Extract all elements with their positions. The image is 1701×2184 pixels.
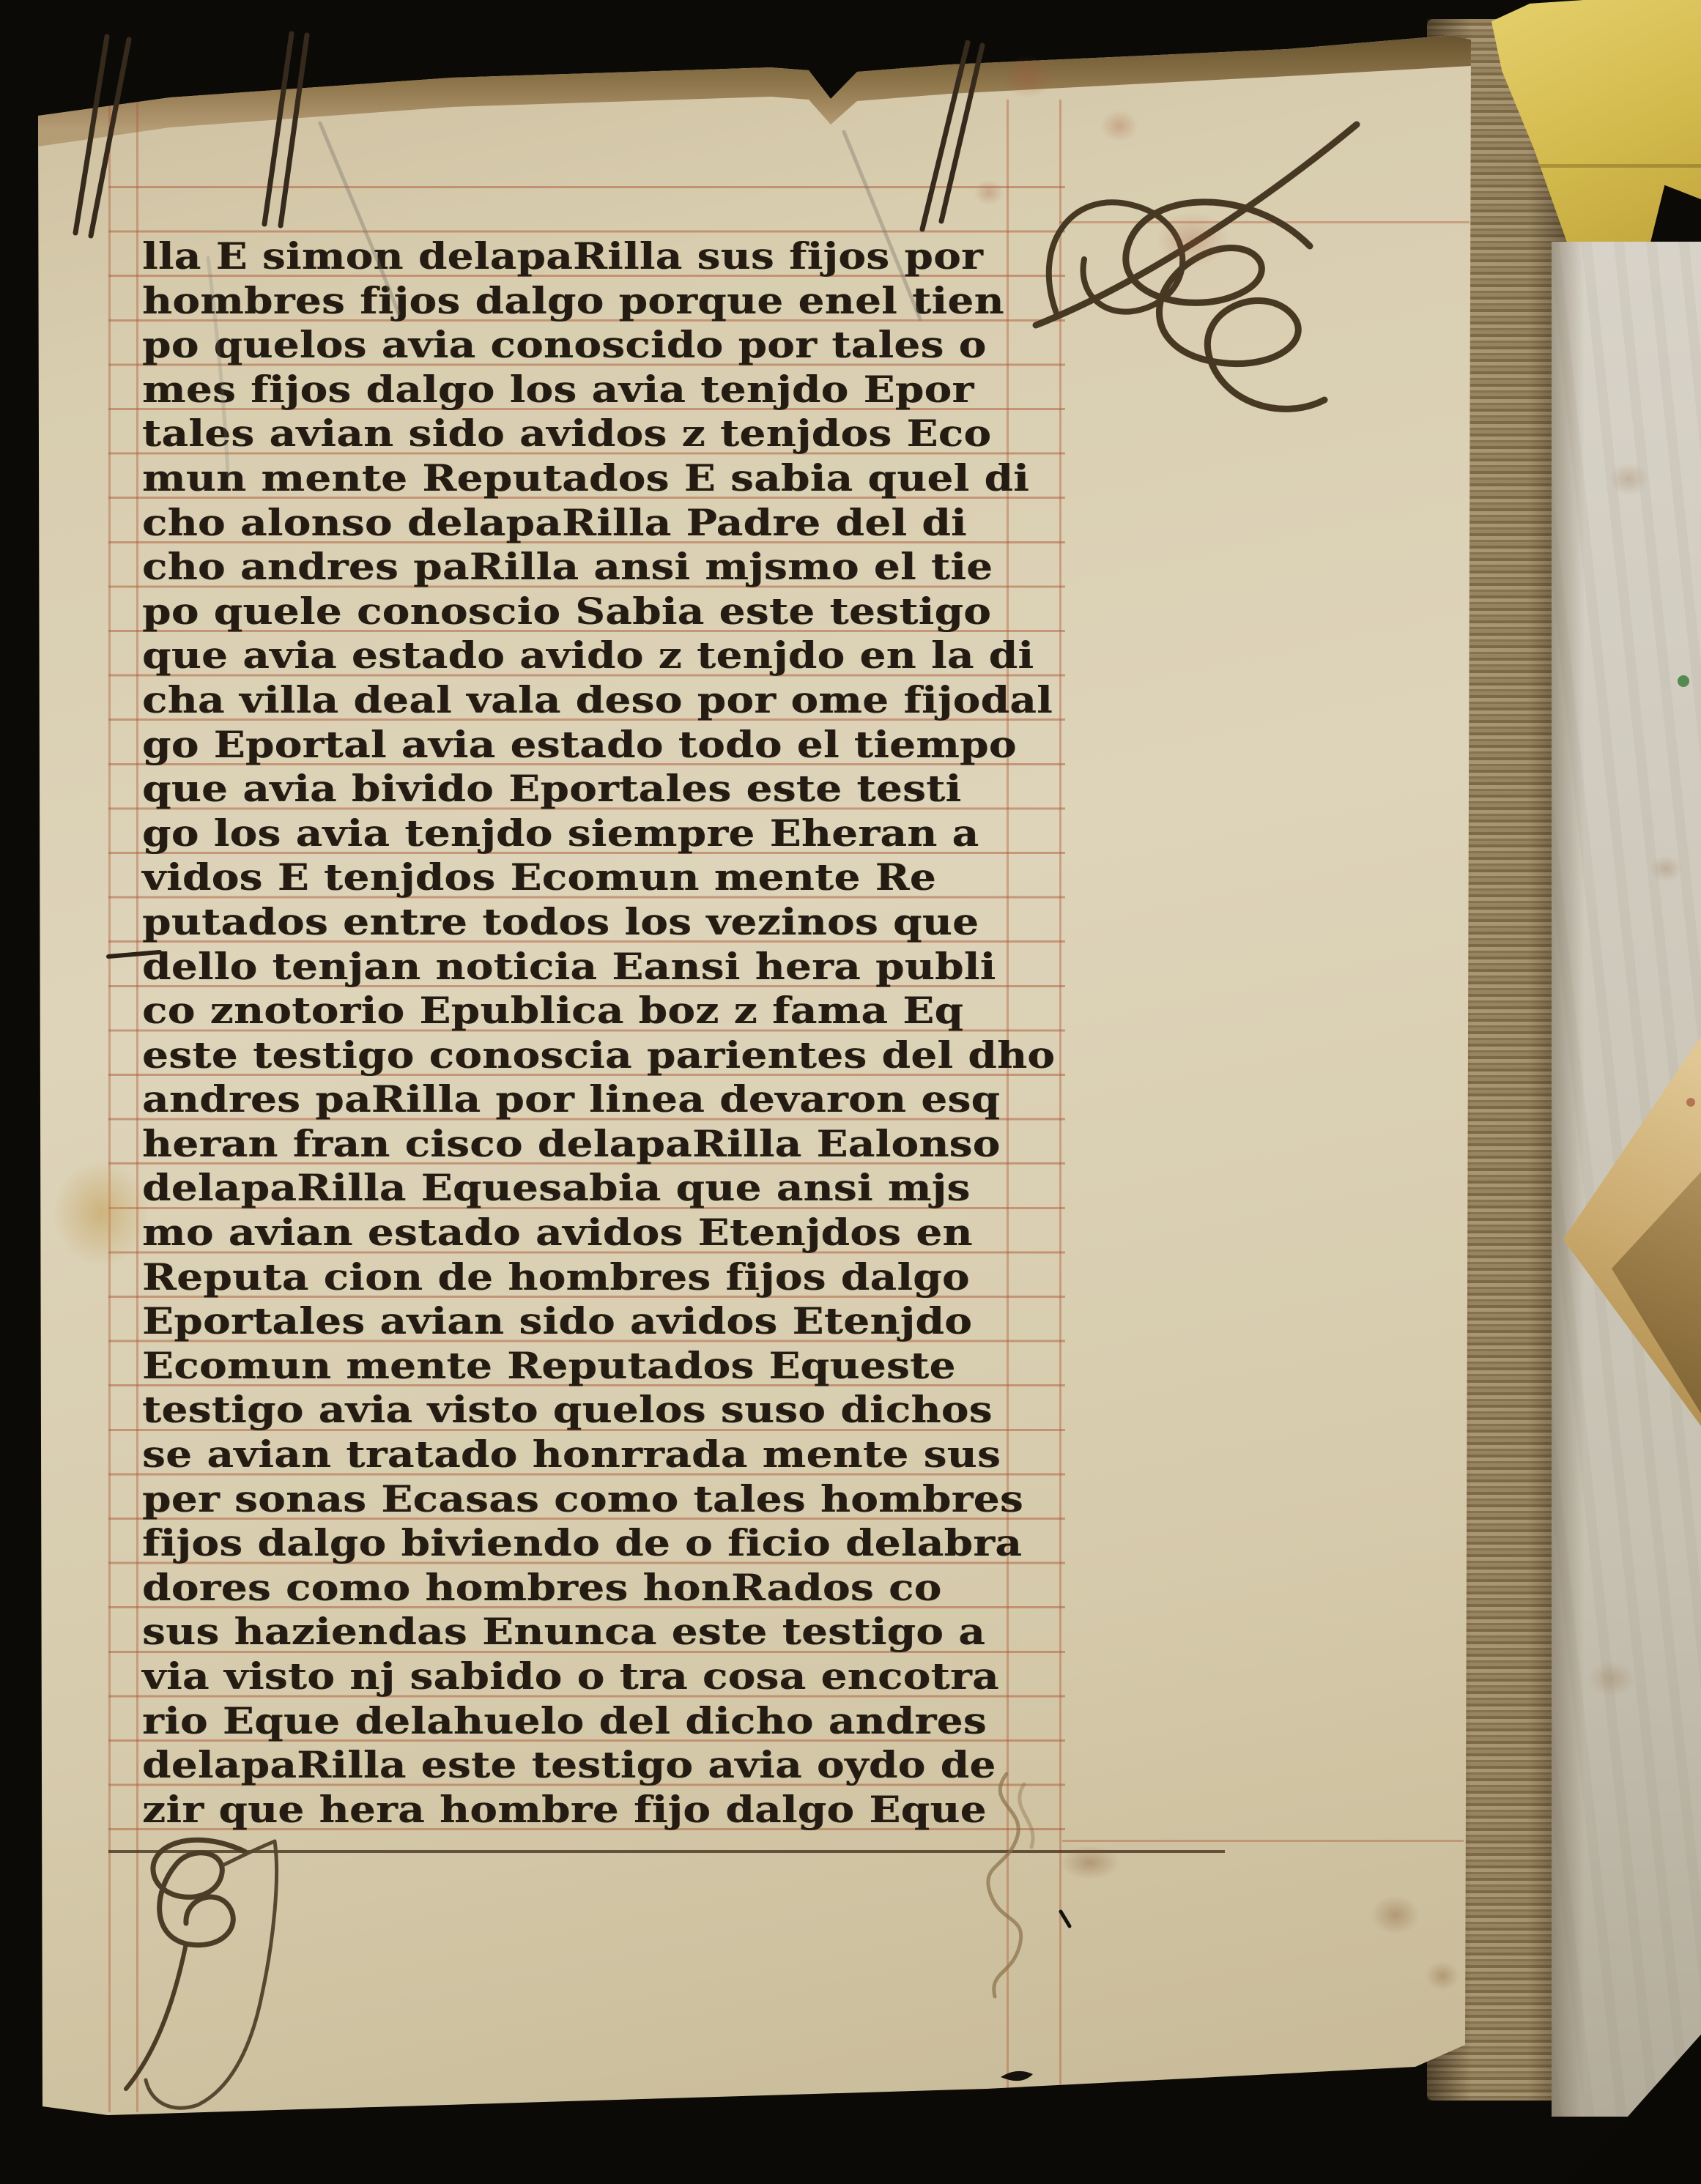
ink-blot (1001, 2071, 1033, 2081)
ink-scribble-icon (988, 1774, 1033, 1997)
red-speck (1686, 1098, 1695, 1107)
ink-tick (1061, 1912, 1070, 1926)
knot-flourish-icon (126, 1840, 245, 2089)
green-speck (1678, 675, 1689, 687)
manuscript-photo: lla E simon delapaRilla sus fijos porhom… (0, 0, 1701, 2184)
pen-flourishes (0, 0, 1701, 2184)
graphite-strokes (208, 123, 920, 475)
margin-dash (108, 952, 160, 957)
paraph-flourish-icon (1036, 125, 1357, 409)
